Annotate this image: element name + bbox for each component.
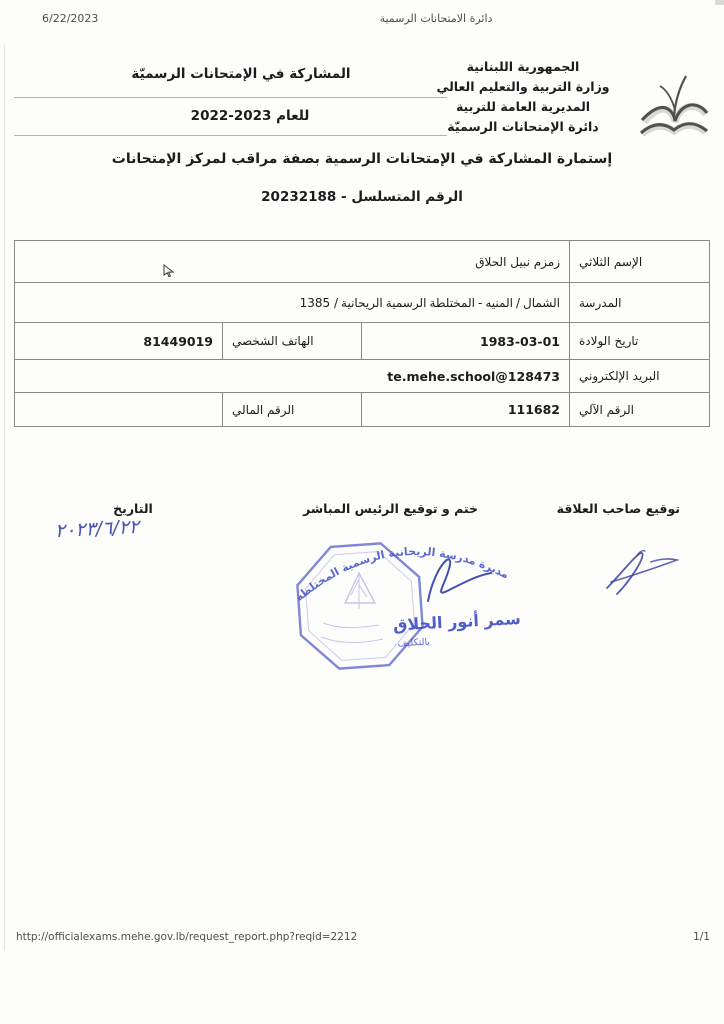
name-label: الإسم الثلاثي [579, 255, 642, 269]
ministry-header: الجمهورية اللبنانية وزارة التربية والتعل… [420, 57, 626, 137]
serial-number-line: الرقم المتسلسل - 20232188 [62, 189, 662, 205]
birthdate-value-cell: 1983-03-01 [361, 323, 569, 359]
birthdate-value: 1983-03-01 [480, 334, 560, 349]
stamp-principal-name: سمر أنور الحلاق [393, 608, 522, 635]
form-main-title: إستمارة المشاركة في الإمتحانات الرسمية ب… [62, 151, 662, 167]
school-value-token: المنيه [485, 296, 513, 310]
ministry-line-department: دائرة الإمتحانات الرسميّة [420, 117, 626, 137]
school-label-cell: المدرسة [569, 283, 711, 322]
ministry-line-directorate: المديرية العامة للتربية [420, 97, 626, 117]
school-value-token: الشمال [523, 296, 560, 310]
financial-number-label-cell: الرقم المالي [222, 393, 361, 426]
table-row-birthdate-phone: 81449019 الهاتف الشخصي 1983-03-01 تاريخ … [15, 322, 709, 359]
auto-number-label-cell: الرقم الآلي [569, 393, 711, 426]
table-row-school: 1385 /الريحانيةالرسميةالمختلطة-المنيه/ال… [15, 282, 709, 322]
birthdate-label: تاريخ الولادة [579, 334, 638, 348]
school-value-token: الريحانية [341, 296, 383, 310]
auto-number-value: 111682 [508, 402, 560, 417]
ministry-line-ministry: وزارة التربية والتعليم العالي [420, 77, 626, 97]
phone-label-cell: الهاتف الشخصي [222, 323, 361, 359]
table-row-auto-number: الرقم المالي 111682 الرقم الآلي [15, 392, 709, 426]
phone-value-cell: 81449019 [15, 323, 222, 359]
year-line: للعام 2023-2022 [40, 108, 460, 124]
financial-number-label: الرقم المالي [232, 403, 294, 417]
print-header-date: 6/22/2023 [42, 12, 98, 25]
email-value: te.mehe.school@128473 [387, 369, 560, 384]
scan-corner-artifact [715, 0, 724, 5]
participation-title: المشاركة في الإمتحانات الرسميّة [40, 66, 442, 82]
phone-label: الهاتف الشخصي [232, 334, 314, 348]
auto-number-value-cell: 111682 [361, 393, 569, 426]
email-label-cell: البريد الإلكتروني [569, 360, 711, 392]
footer-url: http://officialexams.mehe.gov.lb/request… [16, 931, 357, 943]
divider-line-2 [14, 135, 447, 136]
printed-exam-form-page: 6/22/2023 دائرة الامتحانات الرسمية المشا… [0, 0, 724, 1024]
school-value-token: الرسمية [386, 296, 427, 310]
school-principal-stamp: مديرة مدرسة الريحانية الرسمية المختلطة س… [263, 527, 558, 685]
school-value-token: / [516, 296, 520, 310]
owner-signature-label: توقيع صاحب العلاقة [568, 501, 680, 516]
handwritten-date: ٢٠٢٣/٦/٢٢ [22, 514, 173, 544]
name-value: زمزم نبيل الحلاق [475, 255, 560, 269]
name-label-cell: الإسم الثلاثي [569, 241, 711, 282]
email-value-cell: te.mehe.school@128473 [15, 360, 569, 392]
stamp-assignment-note: بالتكليف [397, 637, 430, 650]
phone-value: 81449019 [143, 334, 213, 349]
mehe-logo-icon [634, 70, 714, 146]
cursor-artifact-icon [163, 264, 175, 277]
school-value: 1385 /الريحانيةالرسميةالمختلطة-المنيه/ال… [24, 296, 560, 310]
date-label: التاريخ [106, 501, 160, 516]
birthdate-label-cell: تاريخ الولادة [569, 323, 711, 359]
divider-line-1 [14, 97, 447, 98]
auto-number-label: الرقم الآلي [579, 403, 634, 417]
name-value-cell: زمزم نبيل الحلاق [15, 241, 569, 282]
financial-number-value-cell [15, 393, 222, 426]
table-row-name: زمزم نبيل الحلاق الإسم الثلاثي [15, 241, 709, 282]
print-header-title: دائرة الامتحانات الرسمية [336, 12, 536, 25]
school-value-cell: 1385 /الريحانيةالرسميةالمختلطة-المنيه/ال… [15, 283, 569, 322]
school-label: المدرسة [579, 296, 622, 310]
school-value-token: - [478, 296, 482, 310]
ministry-line-republic: الجمهورية اللبنانية [420, 57, 626, 77]
table-row-email: te.mehe.school@128473 البريد الإلكتروني [15, 359, 709, 392]
scan-edge-line [4, 45, 5, 950]
email-label: البريد الإلكتروني [579, 369, 660, 383]
owner-signature-scribble [593, 542, 688, 600]
footer-page-number: 1/1 [666, 931, 710, 943]
chief-signature-label: ختم و توقيع الرئيس المباشر [342, 501, 478, 516]
school-value-token: المختلطة [429, 296, 475, 310]
school-value-token: 1385 / [300, 296, 338, 310]
applicant-info-table: زمزم نبيل الحلاق الإسم الثلاثي 1385 /الر… [14, 240, 710, 427]
